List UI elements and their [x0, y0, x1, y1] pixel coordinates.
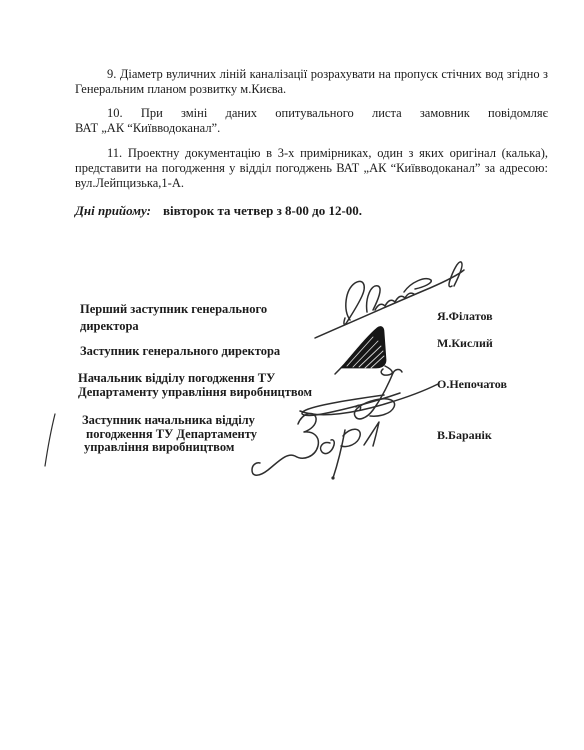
signatory-title-first-deputy: Перший заступник генерального директора — [80, 301, 300, 335]
signatory-name-filatov: Я.Філатов — [437, 310, 493, 323]
paragraph-9-line-1: 9. Діаметр вуличних ліній каналізації ро… — [75, 67, 548, 82]
reception-days-value: вівторок та четвер з 8-00 до 12-00. — [163, 203, 362, 218]
stray-pen-mark — [42, 412, 58, 468]
signatory-title-line: погодження ТУ Департаменту — [82, 428, 292, 442]
signatory-name-kyslyi: М.Кислий — [437, 337, 493, 350]
signatory-name-baranik: В.Баранік — [437, 429, 492, 442]
signatory-title-line: управління виробництвом — [82, 441, 292, 455]
paragraph-10-line-2: ВАТ „АК “Київводоканал”. — [75, 121, 548, 136]
signatory-title-deputy-head: Заступник начальника відділу погодження … — [82, 414, 292, 455]
signatory-title-line: директора — [80, 318, 300, 335]
signatory-title-line: Заступник генерального директора — [80, 344, 340, 358]
signatory-title-line: Заступник начальника відділу — [82, 414, 292, 428]
signatory-title-line: Перший заступник генерального — [80, 301, 300, 318]
signatory-title-head-of-dept: Начальник відділу погодження ТУ Департам… — [78, 372, 323, 399]
signatory-title-deputy-director: Заступник генерального директора — [80, 344, 340, 358]
signatory-title-line: Начальник відділу погодження ТУ — [78, 372, 323, 386]
paragraph-11-line-2: представити на погодження у відділ погод… — [75, 161, 548, 176]
scanned-document-page: 9. Діаметр вуличних ліній каналізації ро… — [0, 0, 584, 750]
paragraph-11-line-1: 11. Проектну документацію в 3-х примірни… — [75, 146, 548, 161]
reception-days-label: Дні прийому: — [75, 203, 151, 218]
reception-days-line: Дні прийому:вівторок та четвер з 8-00 до… — [75, 203, 362, 219]
paragraph-9: 9. Діаметр вуличних ліній каналізації ро… — [75, 67, 548, 97]
paragraph-11-line-3: вул.Лейпцизька,1-А. — [75, 176, 548, 191]
signatory-name-nepochatov: О.Непочатов — [437, 378, 507, 391]
kyslyi-signature — [333, 324, 407, 376]
paragraph-10-line-1: 10. При зміні даних опитувального листа … — [75, 106, 548, 121]
paragraph-9-line-2: Генеральним планом розвитку м.Києва. — [75, 82, 548, 97]
paragraph-11: 11. Проектну документацію в 3-х примірни… — [75, 146, 548, 191]
filatov-signature — [312, 258, 484, 342]
signatory-title-line: Департаменту управління виробництвом — [78, 386, 323, 400]
paragraph-10: 10. При зміні даних опитувального листа … — [75, 106, 548, 136]
